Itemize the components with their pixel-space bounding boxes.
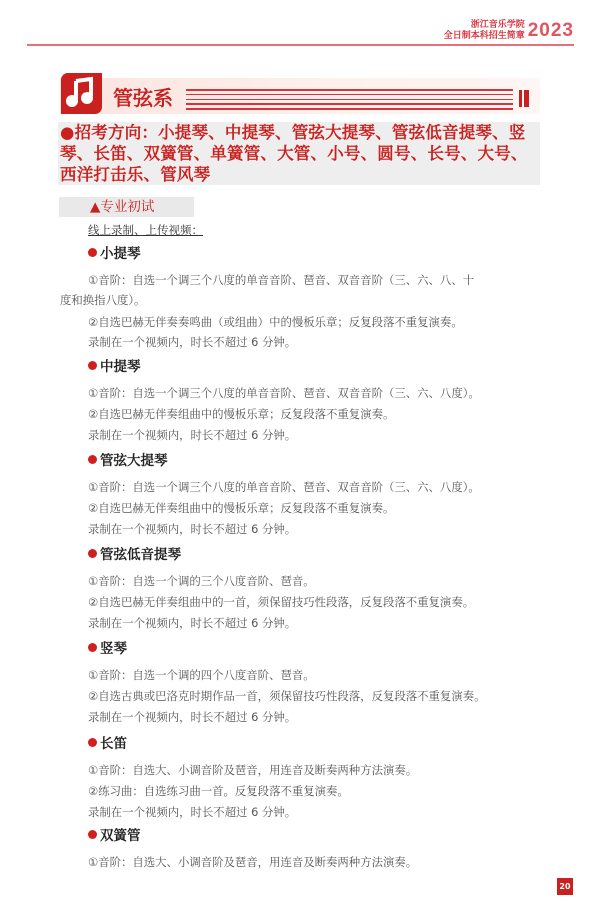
bullet-icon (88, 830, 97, 839)
bullet-icon (88, 361, 97, 370)
requirement-line: ①音阶：自选一个调的四个八度音阶、琶音。 (88, 665, 548, 686)
requirement-line: ②自选巴赫无伴奏组曲中的一首，须保留技巧性段落，反复段落不重复演奏。 (88, 592, 548, 613)
requirement-line: 录制在一个视频内，时长不超过 6 分钟。 (88, 707, 548, 728)
school-name: 浙江音乐学院 (444, 20, 525, 31)
section-title: 管弦系 (113, 82, 173, 111)
header-year: 2023 (528, 20, 574, 42)
bullet-icon (88, 738, 97, 747)
exam-heading: ▲专业初试 (90, 197, 154, 217)
requirement-line: ②自选巴赫无伴奏组曲中的慢板乐章；反复段落不重复演奏。 (88, 404, 548, 425)
requirement-line: 录制在一个视频内，时长不超过 6 分钟。 (88, 519, 548, 540)
staff-lines-decoration (186, 89, 513, 108)
instrument-heading: 长笛 (88, 735, 127, 753)
requirement-line: ①音阶：自选一个调三个八度的单音音阶、琶音、双音音阶（三、六、八度）。 (88, 477, 548, 498)
header-text: 浙江音乐学院 全日制本科招生简章 (444, 20, 525, 42)
requirement-line: 录制在一个视频内，时长不超过 6 分钟。 (88, 802, 548, 823)
requirement-line: ①音阶：自选大、小调音阶及琶音，用连音及断奏两种方法演奏。 (88, 852, 548, 873)
page-number: 20 (557, 878, 573, 895)
music-note-icon (61, 73, 102, 114)
header-divider (27, 44, 574, 46)
requirement-line: ①音阶：自选一个调的三个八度音阶、琶音。 (88, 571, 548, 592)
requirement-line: ②自选巴赫无伴奏组曲中的慢板乐章；反复段落不重复演奏。 (88, 498, 548, 519)
instrument-heading: 小提琴 (88, 245, 141, 263)
bullet-icon (88, 643, 97, 652)
instrument-heading: 双簧管 (88, 827, 141, 845)
page-header: 浙江音乐学院 全日制本科招生简章 2023 (444, 20, 574, 42)
barline-decoration (519, 90, 522, 107)
exam-method: 线上录制、上传视频： (88, 222, 203, 238)
instrument-heading: 竖琴 (88, 640, 127, 658)
brochure-name: 全日制本科招生简章 (444, 31, 525, 42)
instrument-heading: 管弦大提琴 (88, 452, 168, 470)
bullet-icon (88, 455, 97, 464)
barline-decoration (524, 90, 529, 107)
requirement-line: 度和换指八度）。 (60, 290, 145, 311)
requirement-line: ②自选古典或巴洛克时期作品一首，须保留技巧性段落，反复段落不重复演奏。 (88, 686, 548, 707)
exam-directions: ●招考方向：小提琴、中提琴、管弦大提琴、管弦低音提琴、竖琴、长笛、双簧管、单簧管… (60, 122, 542, 185)
requirement-line: 录制在一个视频内，时长不超过 6 分钟。 (88, 613, 548, 634)
bullet-icon (88, 549, 97, 558)
instrument-heading: 管弦低音提琴 (88, 546, 181, 564)
instrument-heading: 中提琴 (88, 358, 141, 376)
requirement-line: 录制在一个视频内，时长不超过 6 分钟。 (88, 332, 548, 353)
requirement-line: ①音阶：自选大、小调音阶及琶音，用连音及断奏两种方法演奏。 (88, 760, 548, 781)
requirement-line: 录制在一个视频内，时长不超过 6 分钟。 (88, 425, 548, 446)
requirement-line: ②自选巴赫无伴奏奏鸣曲（或组曲）中的慢板乐章；反复段落不重复演奏。 (88, 312, 548, 333)
requirement-line: ①音阶：自选一个调三个八度的单音音阶、琶音、双音音阶（三、六、八度）。 (88, 383, 548, 404)
requirement-line: ②练习曲：自选练习曲一首。反复段落不重复演奏。 (88, 781, 548, 802)
bullet-icon (88, 248, 97, 257)
requirement-line: ①音阶：自选一个调三个八度的单音音阶、琶音、双音音阶（三、六、八、十 (88, 270, 548, 291)
